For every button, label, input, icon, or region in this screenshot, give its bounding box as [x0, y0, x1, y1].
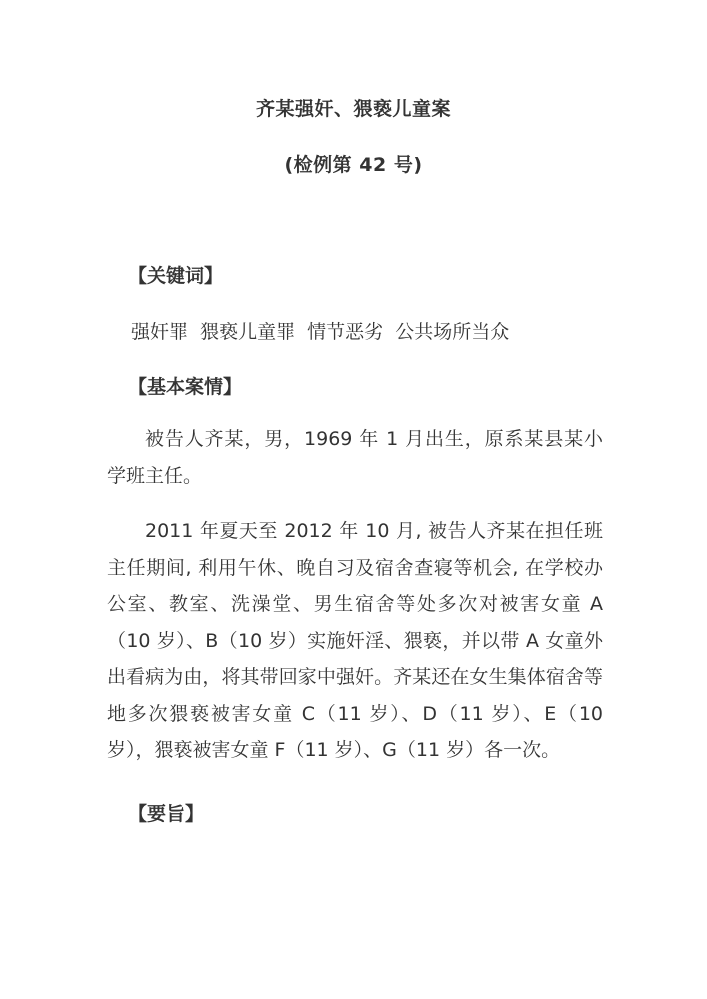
- basic-facts-paragraph-1: 被告人齐某，男，1969 年 1 月出生，原系某县某小学班主任。: [107, 421, 603, 494]
- document-page: 齐某强奸、猥亵儿童案 (检例第 42 号) 【关键词】 强奸罪 猥亵儿童罪 情节…: [0, 0, 707, 999]
- basic-facts-heading: 【基本案情】: [128, 372, 242, 399]
- document-subtitle: (检例第 42 号): [0, 150, 707, 177]
- document-title: 齐某强奸、猥亵儿童案: [0, 94, 707, 121]
- gist-heading: 【要旨】: [128, 799, 204, 826]
- basic-facts-paragraph-2: 2011 年夏天至 2012 年 10 月, 被告人齐某在担任班主任期间, 利用…: [107, 513, 603, 769]
- keywords-content: 强奸罪 猥亵儿童罪 情节恶劣 公共场所当众: [131, 317, 509, 344]
- keywords-heading: 【关键词】: [128, 261, 223, 288]
